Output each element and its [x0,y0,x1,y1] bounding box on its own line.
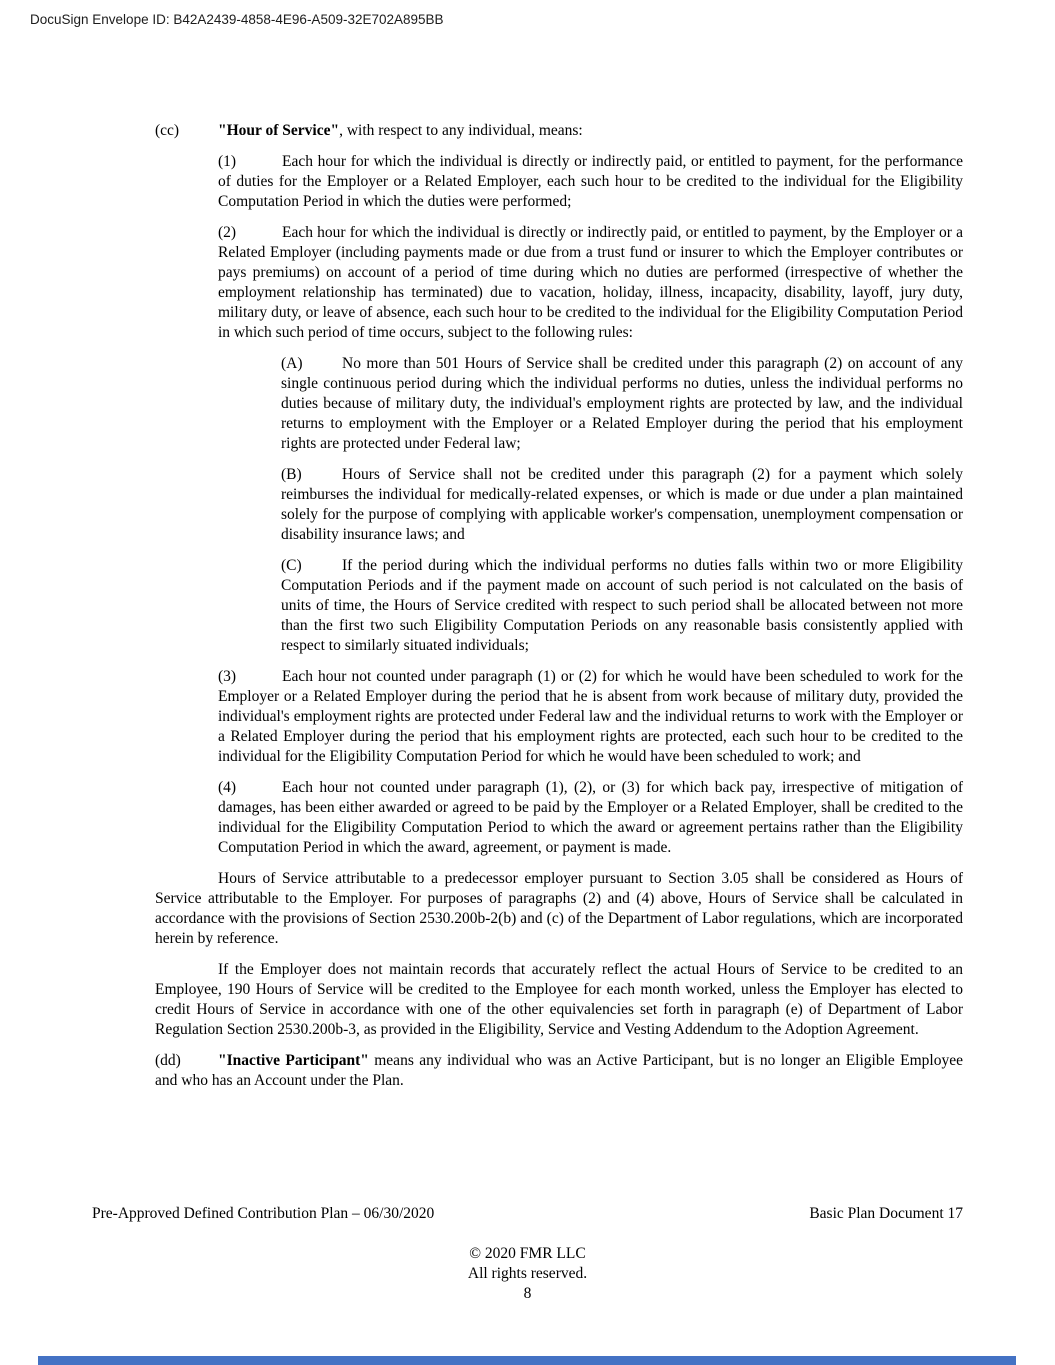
copyright-block: © 2020 FMR LLC All rights reserved. 8 [0,1244,1055,1304]
paragraph: (4)Each hour not counted under paragraph… [218,778,963,858]
rights-reserved-line: All rights reserved. [0,1264,1055,1284]
paragraph-label: (4) [218,778,282,798]
paragraph-label: (C) [281,556,342,576]
paragraph: Hours of Service attributable to a prede… [155,869,963,949]
defined-term: "Hour of Service" [218,122,339,139]
paragraph-label: (A) [281,354,342,374]
paragraph-label: (3) [218,667,282,687]
paragraph-label: (cc) [155,121,218,141]
document-body: (cc)"Hour of Service", with respect to a… [155,121,963,1102]
paragraph: (2)Each hour for which the individual is… [218,223,963,343]
page-number: 8 [0,1284,1055,1304]
paragraph: (B)Hours of Service shall not be credite… [281,465,963,545]
paragraph: If the Employer does not maintain record… [155,960,963,1040]
paragraph: (C)If the period during which the indivi… [281,556,963,656]
paragraph-label: (B) [281,465,342,485]
document-page: { "docusign_header": "DocuSign Envelope … [0,0,1055,1365]
page-footer: Pre-Approved Defined Contribution Plan –… [92,1204,963,1224]
docusign-envelope-id: DocuSign Envelope ID: B42A2439-4858-4E96… [30,12,444,27]
paragraph: (dd)"Inactive Participant" means any ind… [155,1051,963,1091]
paragraph-label: (dd) [155,1051,218,1071]
defined-term: "Inactive Participant" [218,1052,369,1069]
paragraph-label: (1) [218,152,282,172]
paragraph: (cc)"Hour of Service", with respect to a… [155,121,963,141]
copyright-line: © 2020 FMR LLC [0,1244,1055,1264]
bottom-highlight-bar [38,1356,1016,1365]
footer-document-name: Basic Plan Document 17 [809,1204,963,1224]
paragraph-label: (2) [218,223,282,243]
paragraph: (3)Each hour not counted under paragraph… [218,667,963,767]
paragraph: (A)No more than 501 Hours of Service sha… [281,354,963,454]
paragraph: (1)Each hour for which the individual is… [218,152,963,212]
footer-plan-title: Pre-Approved Defined Contribution Plan –… [92,1204,434,1224]
